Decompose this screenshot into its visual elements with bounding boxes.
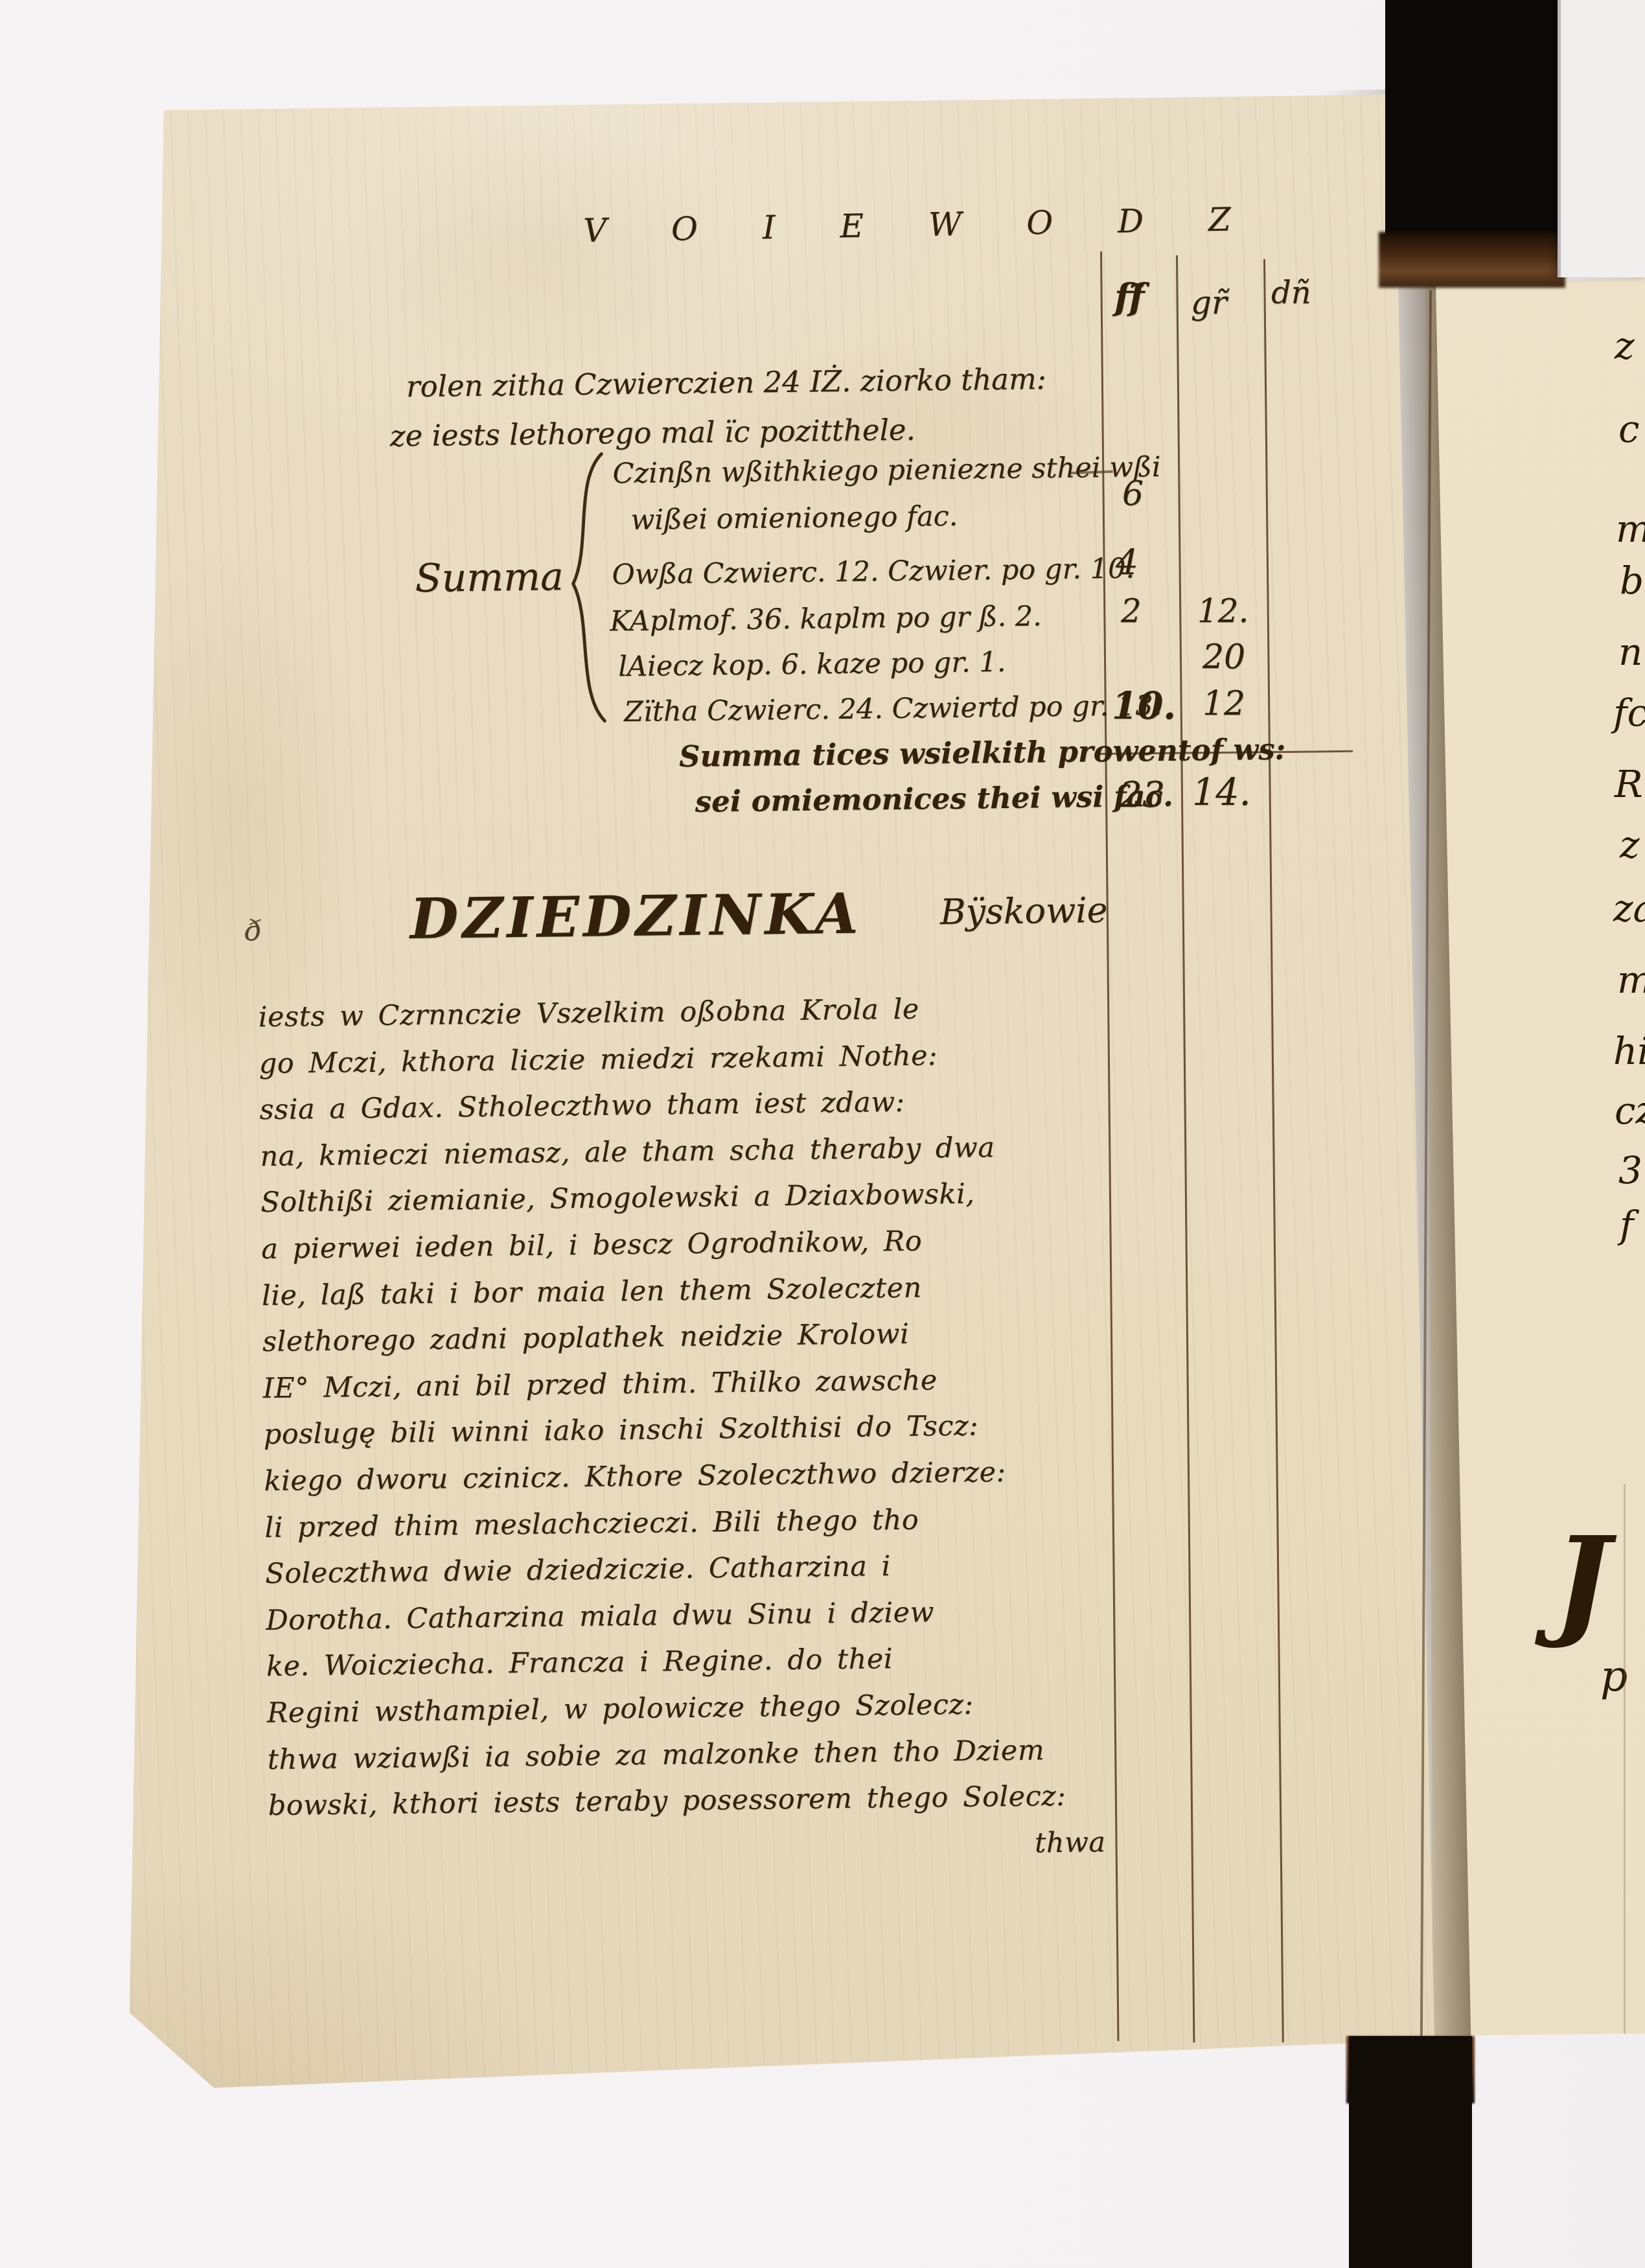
section-heading: DZIEDZINKA <box>409 881 862 953</box>
binding-bottom <box>1349 2036 1472 2268</box>
cutoff-text-fragment: za <box>1613 886 1645 931</box>
cutoff-text-fragment: hi <box>1613 1029 1645 1073</box>
body-paragraph: iests w Czrnnczie Vszelkim oßobna Krola … <box>258 984 1106 1876</box>
scan-sheet-corner <box>1558 0 1645 277</box>
cutoff-text-fragment: b <box>1620 559 1644 603</box>
large-flourish-initial: J <box>1554 1510 1611 1651</box>
intro-line: rolen zitha Czwierczien 24 IŻ. ziorko th… <box>406 362 1047 404</box>
summa-total-line: Summa tices wsielkith prowentof ws: <box>679 732 1286 774</box>
summa-item-line: Czinßn wßithkiego pieniezne sthei wßi <box>612 451 1161 490</box>
page-crease <box>1624 1484 1626 2035</box>
brace-icon <box>561 450 610 725</box>
cutoff-text-fragment: m <box>1617 958 1645 1002</box>
summa-label: Summa <box>415 554 564 601</box>
handwriting-layer: rolen zitha Czwierczien 24 IŻ. ziorko th… <box>0 0 1645 2268</box>
cutoff-text-fragment: n <box>1618 630 1642 674</box>
summa-item-line: Zïtha Czwierc. 24. Czwiertd po gr. 13. <box>624 689 1162 728</box>
cutoff-text-fragment: c <box>1618 407 1639 451</box>
summa-item-line: wißei omienionego fac. <box>630 500 958 537</box>
summa-item-line: KAplmof. 36. kaplm po gr ß. 2. <box>610 600 1042 638</box>
cutoff-text-fragment: z <box>1620 823 1640 867</box>
binding-top-fringe <box>1379 232 1565 288</box>
cutoff-text-fragment: R <box>1615 762 1643 806</box>
margin-mark: ð <box>244 914 262 947</box>
cutoff-text-fragment: fc <box>1613 691 1645 735</box>
cutoff-text-fragment: z <box>1615 324 1635 368</box>
cutoff-text-fragment: cz <box>1615 1089 1645 1133</box>
binding-top <box>1385 0 1561 237</box>
summa-item-line: lAiecz kop. 6. kaze po gr. 1. <box>618 646 1006 683</box>
manuscript-page: V O I E W O D Z ff̃ gr̃ dñ 6 4 2 12. 20 … <box>0 0 1645 2268</box>
cutoff-text-fragment: 3 <box>1618 1148 1642 1192</box>
scanned-manuscript: z c m b n fc R z za m hi cz 3 f J p V O … <box>0 0 1645 2268</box>
cutoff-text-fragment: f <box>1620 1203 1633 1247</box>
summa-total-line: sei omiemonices thei wsi fac. <box>695 779 1173 819</box>
section-heading-suffix: Bÿskowie <box>940 890 1108 932</box>
cutoff-text-fragment: m <box>1616 507 1645 551</box>
summa-item-line: Owßa Czwierc. 12. Czwier. po gr. 10. <box>612 552 1134 591</box>
intro-line: ze iests lethorego mal ïc pozitthele. <box>390 412 916 453</box>
